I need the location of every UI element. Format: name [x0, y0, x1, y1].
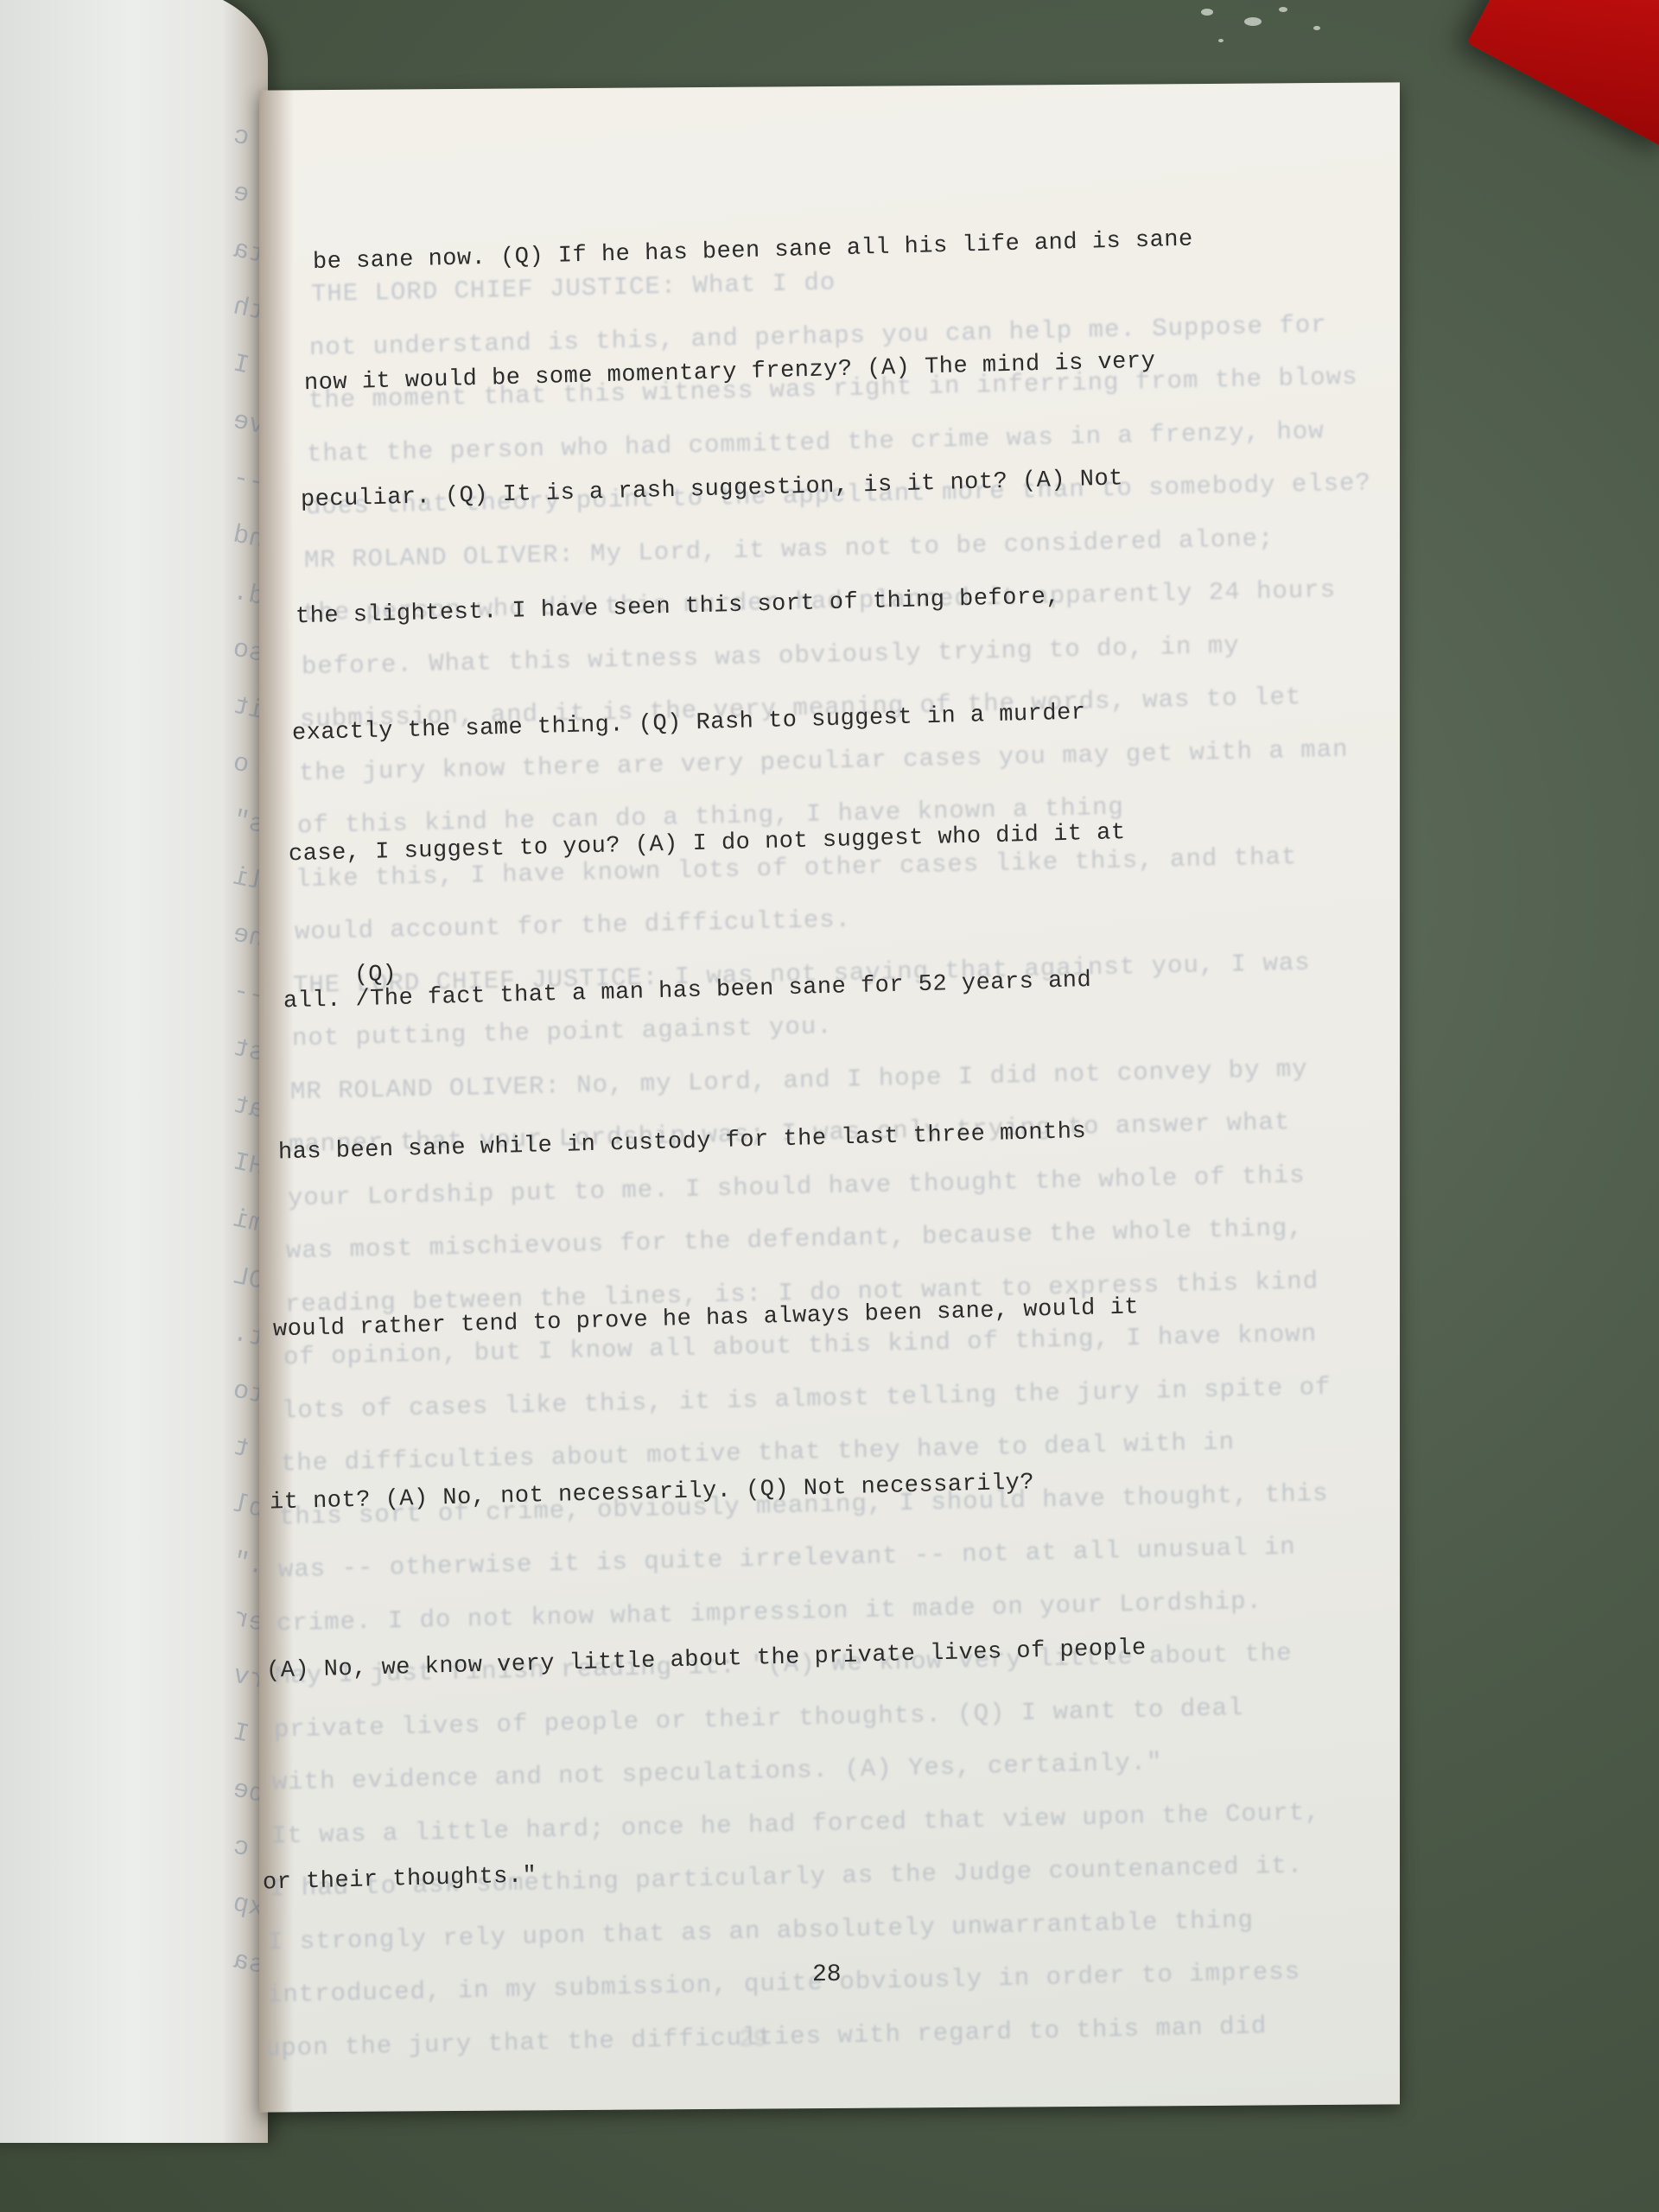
typed-text: be sane now. (Q) If he has been sane all…	[259, 82, 1400, 90]
page-number: 28	[812, 1961, 842, 1988]
show-through-line: THE LORD CHIEF JUSTICE: What I do	[311, 268, 836, 308]
show-through-line: the difficulties about motive that they …	[281, 1427, 1236, 1478]
show-through-line: It was a little hard; once he had forced…	[270, 1797, 1320, 1850]
show-through-line: was -- otherwise it is quite irrelevant …	[277, 1533, 1295, 1585]
red-object	[1467, 0, 1659, 149]
show-through-line: would account for the difficulties.	[295, 906, 852, 947]
document-page: THE LORD CHIEF JUSTICE: What I donot und…	[259, 82, 1400, 2112]
show-through-line: I strongly rely upon that as an absolute…	[268, 1905, 1254, 1956]
show-through-line: not understand is this, and perhaps you …	[309, 310, 1327, 362]
show-through-text: THE LORD CHIEF JUSTICE: What I donot und…	[259, 82, 1400, 90]
insertion-mark: (Q)	[354, 963, 397, 988]
spine-shadow	[259, 90, 294, 2112]
show-through-line: before. What this witness was obviously …	[302, 631, 1240, 681]
show-through-line: that the person who had committed the cr…	[307, 416, 1325, 468]
show-through-page-number: 29	[739, 2026, 768, 2053]
show-through-line: not putting the point against you.	[291, 1012, 832, 1052]
show-through-line: MR ROLAND OLIVER: No, my Lord, and I hop…	[290, 1054, 1308, 1106]
surface-paint-flecks	[1192, 0, 1452, 69]
show-through-line: lots of cases like this, it is almost te…	[282, 1372, 1332, 1425]
show-through-line: was most mischievous for the defendant, …	[286, 1214, 1304, 1266]
show-through-line: introduced, in my submission, quite obvi…	[267, 1957, 1301, 2009]
show-through-line: your Lordship put to me. I should have t…	[288, 1160, 1306, 1212]
show-through-line: private lives of people or their thought…	[274, 1694, 1244, 1744]
show-through-line: crime. I do not know what impression it …	[276, 1586, 1262, 1637]
typed-line: be sane now. (Q) If he has been sane all…	[313, 227, 1193, 276]
show-through-line: with evidence and not speculations. (A) …	[272, 1748, 1163, 1796]
show-through-line: MR ROLAND OLIVER: My Lord, it was not to…	[304, 524, 1274, 574]
facing-page: but how cNo. o et): it importaike as mea…	[0, 0, 268, 2143]
